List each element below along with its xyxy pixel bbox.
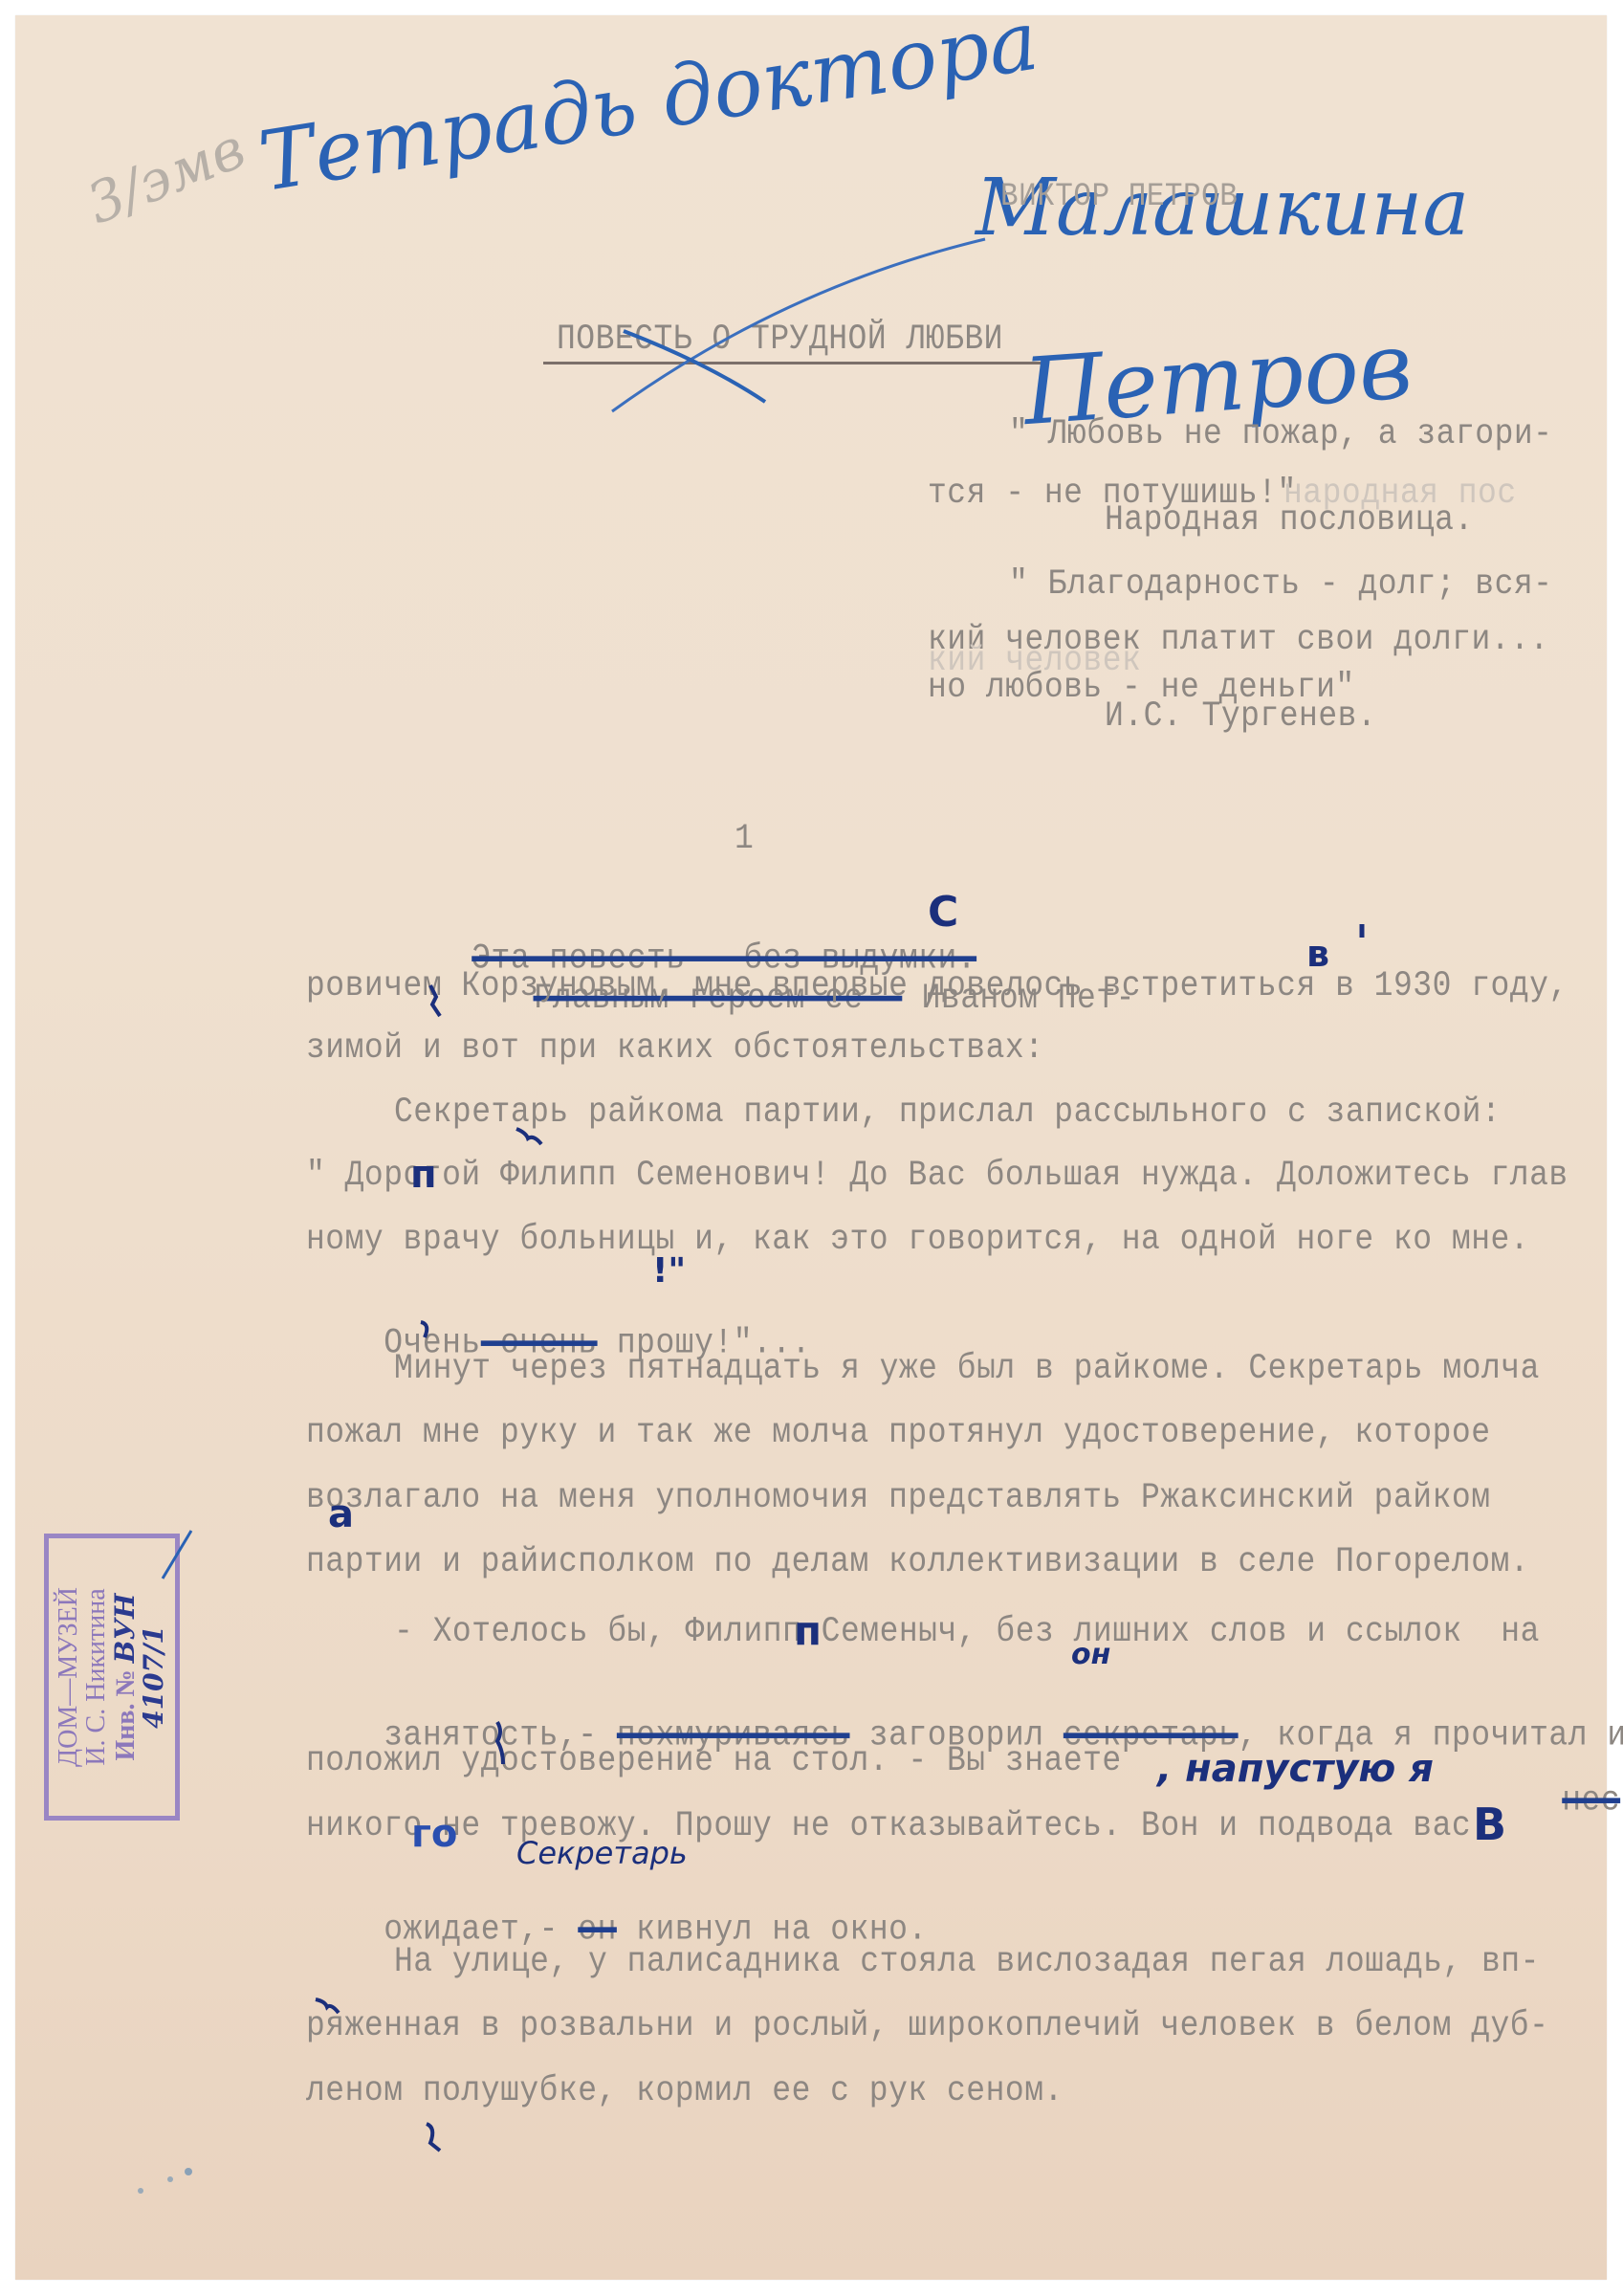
ink-correction: В bbox=[1473, 1799, 1506, 1850]
body-line: ному врачу больницы и, как это говорится… bbox=[306, 1220, 1529, 1259]
epigraph-line: " Любовь не пожар, а загори- bbox=[1009, 414, 1553, 453]
title-underline bbox=[543, 362, 1041, 364]
epigraph-line: " Благодарность - долг; вся- bbox=[1009, 564, 1553, 604]
ink-correction: он bbox=[1071, 1638, 1110, 1671]
body-line: пожал мне руку и так же молча протянул у… bbox=[306, 1413, 1491, 1452]
stamp-text: ДОМ—МУЗЕЙ И. С. Никитина Инв. № ВУН 4107… bbox=[55, 1538, 169, 1816]
chapter-number: 1 bbox=[735, 819, 754, 858]
ink-correction: го bbox=[411, 1812, 457, 1856]
ink-correction: , напустую я bbox=[1157, 1747, 1434, 1791]
stamp-line: И. С. Никитина bbox=[83, 1538, 111, 1816]
body-line: ровичем Корзуновым, мне впервые довелось… bbox=[306, 966, 1568, 1005]
body-line: Секретарь райкома партии, прислал рассыл… bbox=[394, 1093, 1501, 1132]
stamp-inventory-label: Инв. № bbox=[111, 1669, 141, 1760]
body-line: Минут через пятнадцать я уже был в райко… bbox=[394, 1349, 1540, 1388]
typed-title-struck: ПОВЕСТЬ О ТРУДНОЙ ЛЮБВИ bbox=[557, 320, 1003, 359]
epigraph-attribution: И.С. Тургенев. bbox=[1105, 696, 1376, 736]
ink-correction: а bbox=[328, 1492, 354, 1536]
ink-correction: !" bbox=[652, 1251, 686, 1291]
body-line: никого не тревожу. Прошу не отказывайтес… bbox=[306, 1806, 1471, 1845]
ink-correction: С bbox=[928, 888, 958, 937]
body-line: леном полушубке, кормил ее с рук сеном. bbox=[306, 2071, 1064, 2110]
epigraph-attribution: Народная пословица. bbox=[1105, 500, 1474, 540]
museum-stamp: ДОМ—МУЗЕЙ И. С. Никитина Инв. № ВУН 4107… bbox=[44, 1534, 180, 1821]
body-line: возлагало на меня уполномочия представля… bbox=[306, 1478, 1491, 1517]
body-line: партии и райисполком по делам коллективи… bbox=[306, 1542, 1529, 1581]
ink-correction: п bbox=[410, 1153, 437, 1197]
body-line: положил удостоверение на стол. - Вы знае… bbox=[306, 1741, 1122, 1780]
body-line: ряженная в розвальни и рослый, широкопле… bbox=[306, 2006, 1548, 2045]
typed-author: ВИКТОР ПЕТРОВ bbox=[1000, 178, 1238, 215]
ink-correction: в bbox=[1306, 933, 1329, 975]
stamp-line: ДОМ—МУЗЕЙ bbox=[55, 1538, 82, 1816]
ink-correction: Секретарь bbox=[516, 1835, 688, 1871]
body-line: - Хотелось бы, Филипп Семеныч, без лишни… bbox=[394, 1612, 1540, 1651]
body-line: На улице, у палисадника стояла вислозада… bbox=[394, 1942, 1540, 1981]
ink-correction: п bbox=[794, 1607, 822, 1654]
struck-text-run: нес bbox=[1562, 1780, 1620, 1820]
body-line: " Дорогой Филипп Семенович! До Вас больш… bbox=[306, 1156, 1568, 1195]
body-line: зимой и вот при каких обстоятельствах: bbox=[306, 1028, 1044, 1068]
